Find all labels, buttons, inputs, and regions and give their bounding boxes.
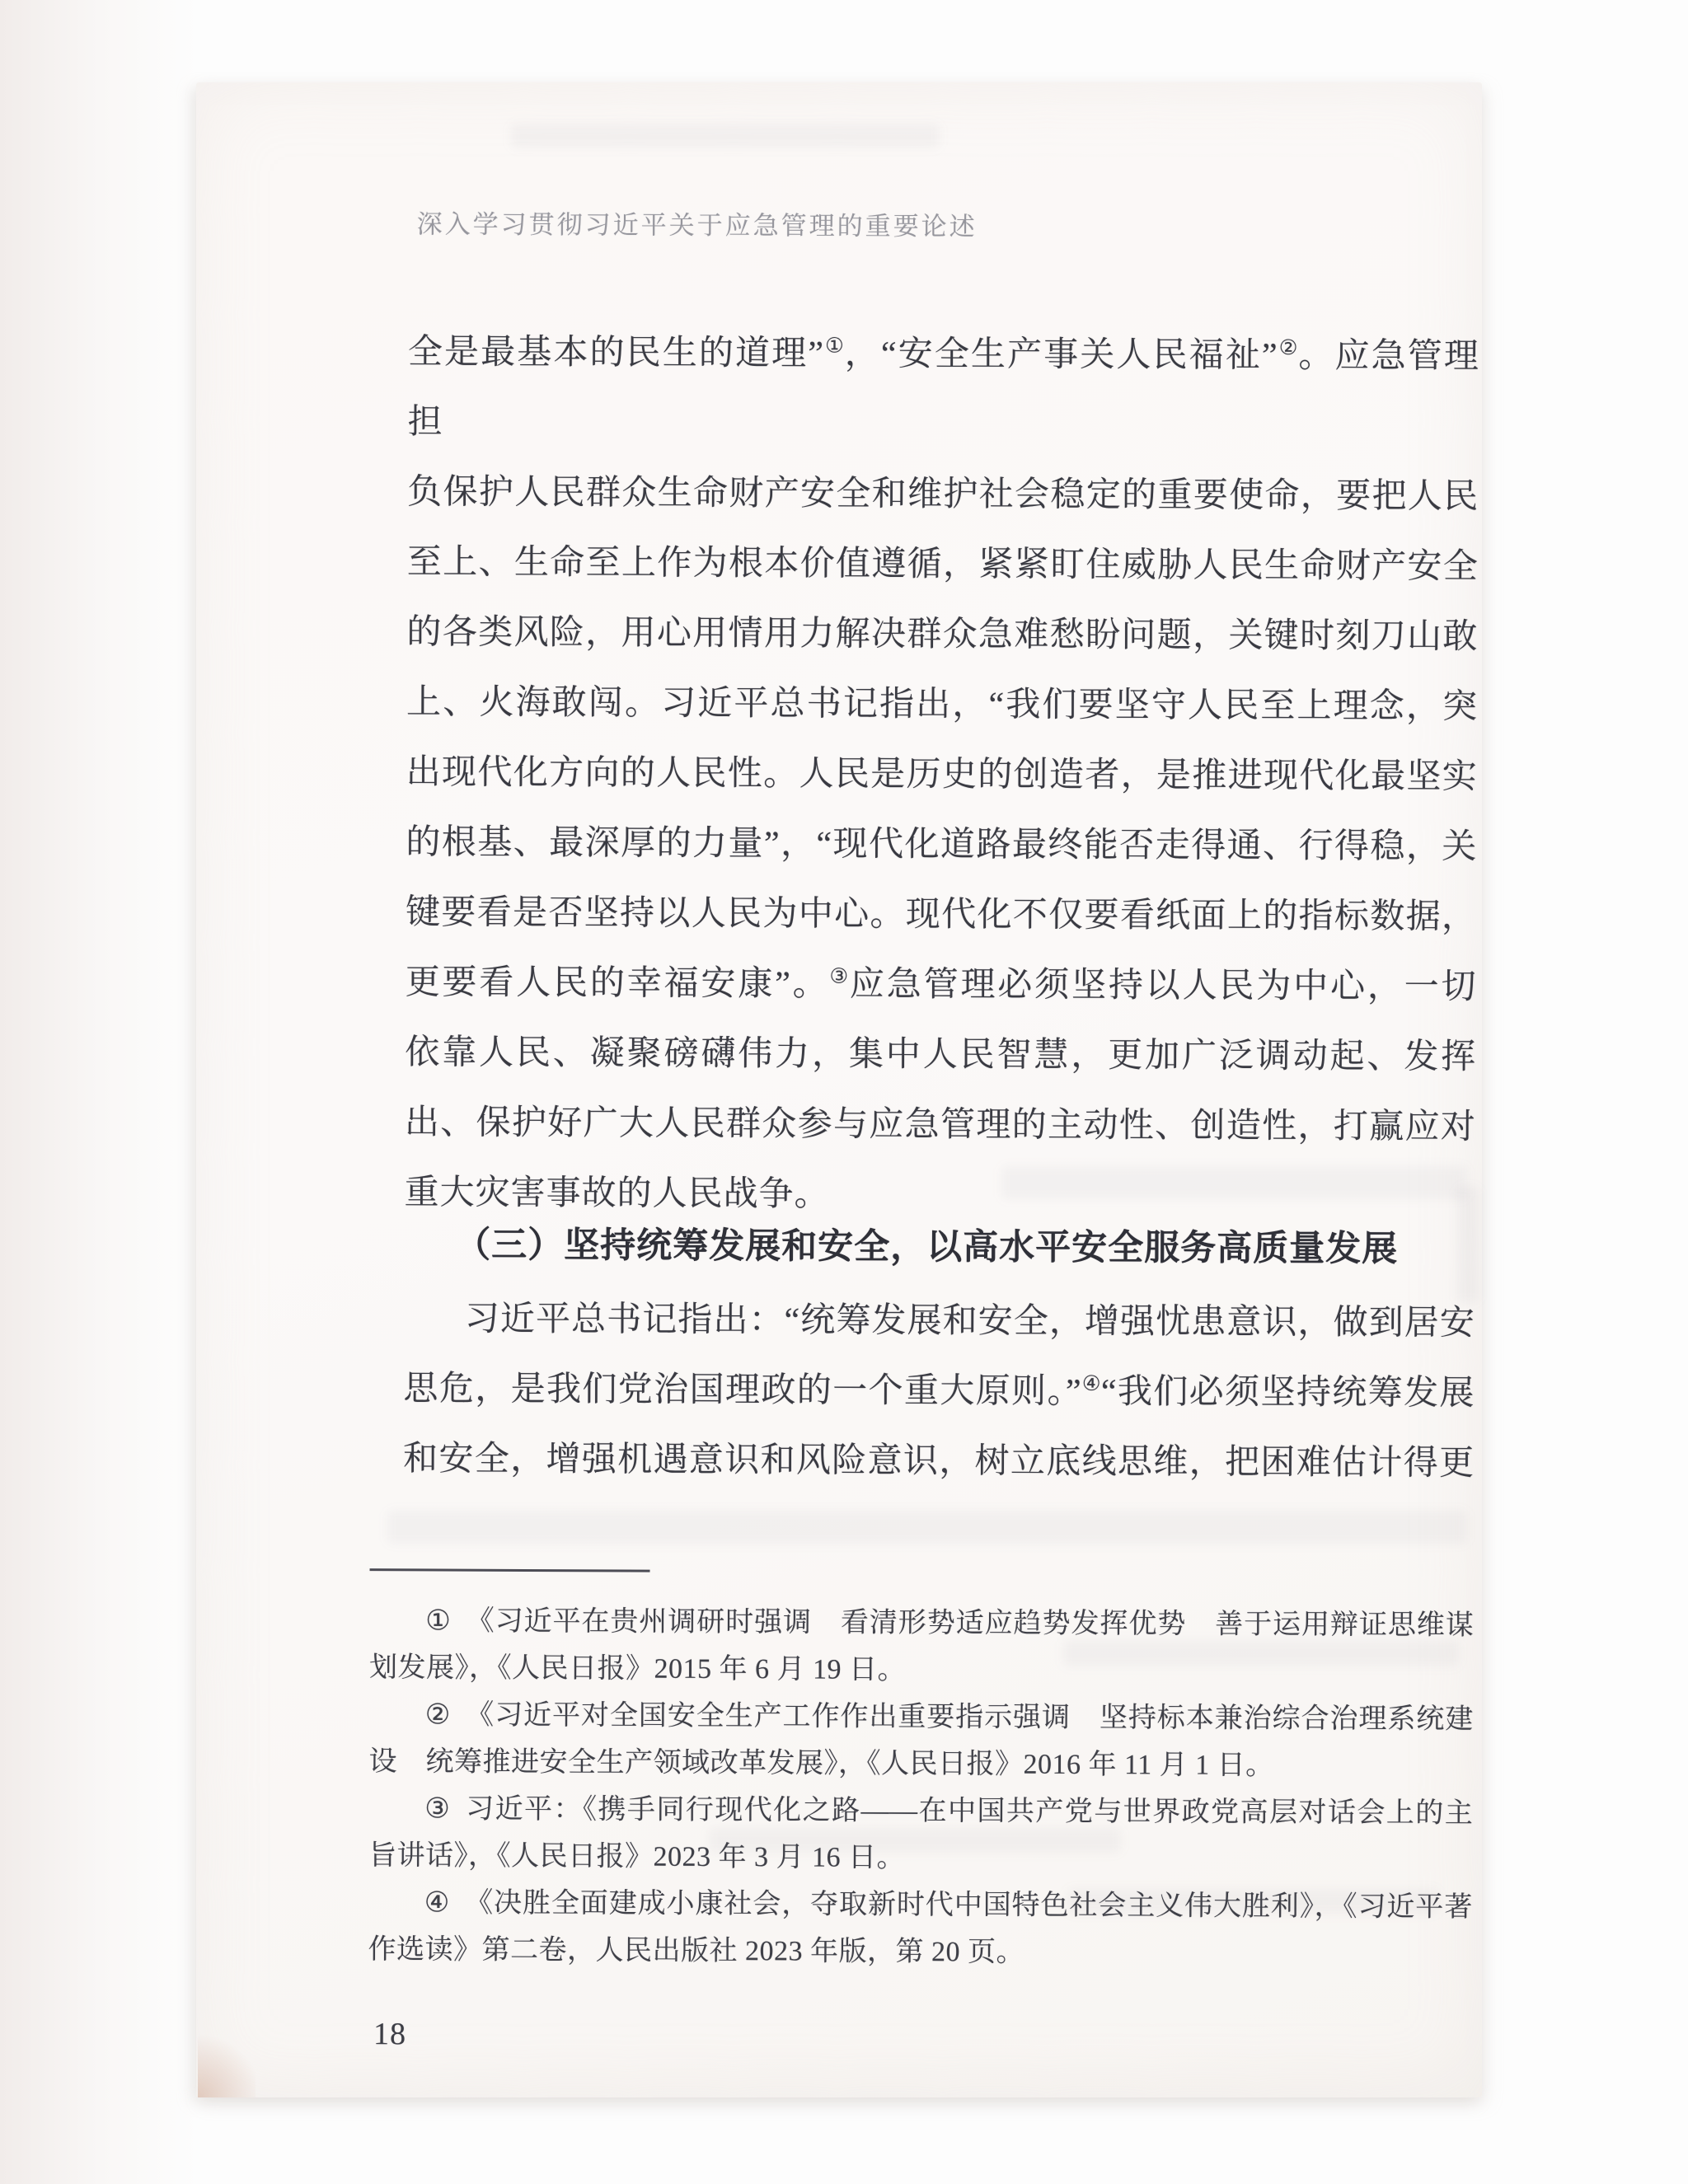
footnote-line: ②《习近平对全国安全生产工作作出重要指示强调 坚持标本兼治综合治理系统建 <box>369 1691 1474 1743</box>
text-line: 的根基、最深厚的力量”，“现代化道路最终能否走得通、行得稳，关 <box>406 808 1477 883</box>
text-line: 至上、生命至上作为根本价值遵循，紧紧盯住威胁人民生命财产安全 <box>407 527 1479 602</box>
footnote-marker: ② <box>425 1699 452 1730</box>
text-line: 出、保护好广大人民群众参与应急管理的主动性、创造性，打赢应对 <box>405 1088 1476 1163</box>
footnote-divider <box>370 1568 650 1572</box>
footnotes: ①《习近平在贵州调研时强调 看清形势适应趋势发挥优势 善于运用辩证思维谋划发展》… <box>368 1597 1474 1978</box>
section-heading: （三）坚持统筹发展和安全，以高水平安全服务高质量发展 <box>404 1216 1475 1272</box>
scanned-book-page: 深入学习贯彻习近平关于应急管理的重要论述 全是最基本的民生的道理”①，“安全生产… <box>0 0 1688 2184</box>
text-line: 出现代化方向的人民性。人民是历史的创造者，是推进现代化最坚实 <box>406 738 1478 813</box>
footnote-marker: ③ <box>424 1793 451 1824</box>
footnote-line: 作选读》第二卷，人民出版社 2023 年版，第 20 页。 <box>368 1926 1472 1978</box>
text-line: 依靠人民、凝聚磅礴伟力，集中人民智慧，更加广泛调动起、发挥 <box>405 1018 1476 1093</box>
page-number: 18 <box>373 2016 406 2052</box>
text-line: 上、火海敢闯。习近平总书记指出，“我们要坚守人民至上理念，突 <box>406 668 1478 743</box>
footnote-marker: ① <box>425 1605 452 1636</box>
footnote-marker: ④ <box>424 1887 451 1918</box>
footnote-line: ①《习近平在贵州调研时强调 看清形势适应趋势发挥优势 善于运用辩证思维谋 <box>369 1597 1474 1649</box>
footnote-ref: ② <box>1278 337 1299 359</box>
text-line: 的各类风险，用心用情用力解决群众急难愁盼问题，关键时刻刀山敢 <box>406 598 1478 673</box>
footnote-ref: ③ <box>829 966 850 988</box>
text-line: 思危，是我们党治国理政的一个重大原则。”④“我们必须坚持统筹发展 <box>403 1354 1475 1429</box>
page-content: 深入学习贯彻习近平关于应急管理的重要论述 全是最基本的民生的道理”①，“安全生产… <box>0 0 1688 2184</box>
footnote-line: ③习近平：《携手同行现代化之路——在中国共产党与世界政党高层对话会上的主 <box>368 1785 1473 1837</box>
text-line: 习近平总书记指出：“统筹发展和安全，增强忧患意识，做到居安 <box>404 1284 1475 1359</box>
footnote-line: ④《决胜全面建成小康社会，夺取新时代中国特色社会主义伟大胜利》，《习近平著 <box>368 1879 1473 1931</box>
body-paragraph-2: 习近平总书记指出：“统筹发展和安全，增强忧患意识，做到居安思危，是我们党治国理政… <box>403 1284 1475 1499</box>
footnote-ref: ④ <box>1082 1373 1101 1395</box>
footnote-line: 划发展》，《人民日报》2015 年 6 月 19 日。 <box>369 1644 1474 1696</box>
running-title: 深入学习贯彻习近平关于应急管理的重要论述 <box>417 203 1159 243</box>
footnote-line: 旨讲话》，《人民日报》2023 年 3 月 16 日。 <box>368 1832 1473 1884</box>
text-line: 全是最基本的民生的道理”①，“安全生产事关人民福祉”②。应急管理担 <box>407 317 1479 462</box>
body-paragraph-1: 全是最基本的民生的道理”①，“安全生产事关人民福祉”②。应急管理担负保护人民群众… <box>404 317 1479 1233</box>
text-line: 更要看人民的幸福安康”。③应急管理必须坚持以人民为中心，一切 <box>405 948 1476 1023</box>
text-line: 和安全，增强机遇意识和风险意识，树立底线思维，把困难估计得更 <box>403 1424 1475 1499</box>
text-line: 负保护人民群众生命财产安全和维护社会稳定的重要使命，要把人民 <box>407 457 1479 532</box>
footnote-line: 设 统筹推进安全生产领域改革发展》，《人民日报》2016 年 11 月 1 日。 <box>368 1738 1473 1790</box>
footnote-ref: ① <box>824 335 845 358</box>
text-line: 键要看是否坚持以人民为中心。现代化不仅要看纸面上的指标数据， <box>406 878 1477 953</box>
